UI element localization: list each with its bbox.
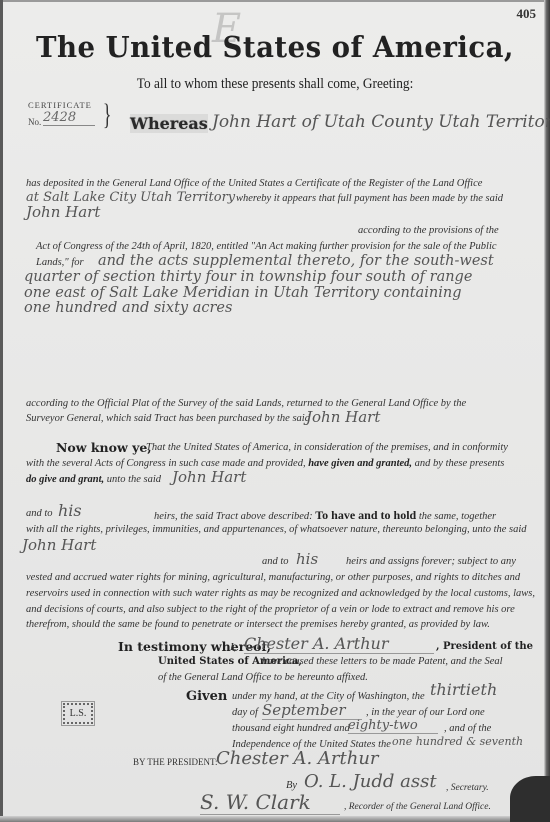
page-edge-left	[0, 0, 3, 822]
given-line-2a: day of	[232, 707, 258, 718]
land-patent-page: E 405 The United States of America, To a…	[0, 0, 550, 822]
testimony-i: I,	[230, 641, 236, 653]
land-description-3: one east of Salt Lake Meridian in Utah T…	[24, 285, 462, 301]
page-number: 405	[517, 6, 537, 22]
president-name-handwritten: Chester A. Arthur	[244, 634, 434, 654]
thumb-shadow	[510, 776, 550, 822]
grantee-name-1: John Hart	[26, 203, 100, 221]
now-know-ye-heading: Now know ye,	[56, 440, 152, 455]
text-line-18a: and to	[262, 556, 289, 567]
text-line-6: Lands," for	[36, 257, 84, 268]
date-month-handwritten: September	[262, 701, 362, 720]
page-edge-top	[0, 0, 550, 2]
testimony-line-2: have caused these letters to be made Pat…	[262, 656, 503, 667]
text-line-1: has deposited in the General Land Office…	[26, 178, 482, 189]
text-line-14: do give and grant, unto the said	[26, 474, 161, 485]
greeting: To all to whom these presents shall come…	[22, 76, 528, 93]
text-line-21: and decisions of courts, and also subjec…	[26, 604, 515, 615]
given-line-3b: , and of the	[444, 723, 491, 734]
secretary-signature: O. L. Judd asst	[304, 771, 437, 792]
text-line-15: heirs, the said Tract above described: T…	[154, 508, 496, 523]
given-line-2b: , in the year of our Lord one	[366, 707, 485, 718]
whereas-heading: Whereas	[130, 114, 208, 133]
president-of-the: , President of the	[436, 641, 533, 652]
given-heading: Given	[186, 689, 227, 704]
certificate-label: CERTIFICATE	[28, 100, 92, 110]
independence-year-handwritten: one hundred & seventh	[392, 735, 523, 748]
text-line-11: Surveyor General, which said Tract has b…	[26, 413, 310, 424]
page-edge-bottom	[0, 816, 550, 822]
text-have-given-granted: have given and granted,	[308, 458, 412, 469]
text-to-have-and-to-hold: To have and to hold	[315, 508, 416, 522]
president-signature: Chester A. Arthur	[216, 748, 379, 769]
text-line-15d: the same, together	[419, 511, 496, 522]
testimony-line-3: of the General Land Office to be hereunt…	[158, 672, 368, 683]
recorder-signature: S. W. Clark	[200, 790, 340, 815]
land-description-1: and the acts supplemental thereto, for t…	[98, 253, 494, 269]
text-line-13a: with the several Acts of Congress in suc…	[26, 458, 306, 469]
text-line-16: with all the rights, privileges, immunit…	[26, 524, 527, 535]
text-line-13c: and by these presents	[415, 458, 505, 469]
text-line-22: therefrom, should the same be found to p…	[26, 619, 490, 630]
text-line-15a: and to	[26, 508, 53, 519]
date-day-handwritten: thirtieth	[430, 680, 497, 699]
text-line-20: reservoirs used in connection with such …	[26, 588, 535, 599]
land-description-4: one hundred and sixty acres	[24, 300, 232, 316]
pronoun-his-2: his	[296, 550, 318, 568]
text-line-10: according to the Official Plat of the Su…	[26, 398, 466, 409]
certificate-number-label: No.	[28, 117, 41, 127]
certificate-number: 2428	[43, 110, 95, 126]
given-line-3a: thousand eight hundred and	[232, 723, 350, 734]
text-line-12: That the United States of America, in co…	[146, 442, 508, 453]
text-do-give-grant: do give and grant,	[26, 474, 104, 485]
grantee-name-4: John Hart	[22, 536, 96, 554]
land-description-2: quarter of section thirty four in townsh…	[24, 269, 472, 285]
text-line-18b: heirs and assigns forever; subject to an…	[346, 556, 516, 567]
by-the-president-label: BY THE PRESIDENT:	[133, 757, 218, 767]
grantee-name-2: John Hart	[306, 408, 380, 426]
text-line-19: vested and accrued water rights for mini…	[26, 572, 520, 583]
text-line-5: Act of Congress of the 24th of April, 18…	[36, 241, 497, 252]
document-title: The United States of America,	[14, 30, 537, 64]
text-line-15b: heirs, the said Tract above described:	[154, 511, 313, 522]
brace: }	[103, 98, 112, 132]
text-line-2: whereby it appears that full payment has…	[236, 193, 503, 204]
recorder-label: , Recorder of the General Land Office.	[344, 802, 491, 812]
grantee-name-3: John Hart	[172, 468, 246, 486]
secretary-label: , Secretary.	[446, 783, 489, 793]
date-year-handwritten: eighty-two	[348, 718, 438, 734]
pronoun-his-1: his	[58, 501, 82, 520]
seal-placeholder: L.S.	[63, 703, 93, 724]
grantee-intro-handwritten: John Hart of Utah County Utah Territory	[212, 112, 550, 132]
text-line-4: according to the provisions of the	[358, 225, 499, 236]
text-line-14b: unto the said	[107, 474, 161, 485]
text-line-13: with the several Acts of Congress in suc…	[26, 458, 504, 469]
